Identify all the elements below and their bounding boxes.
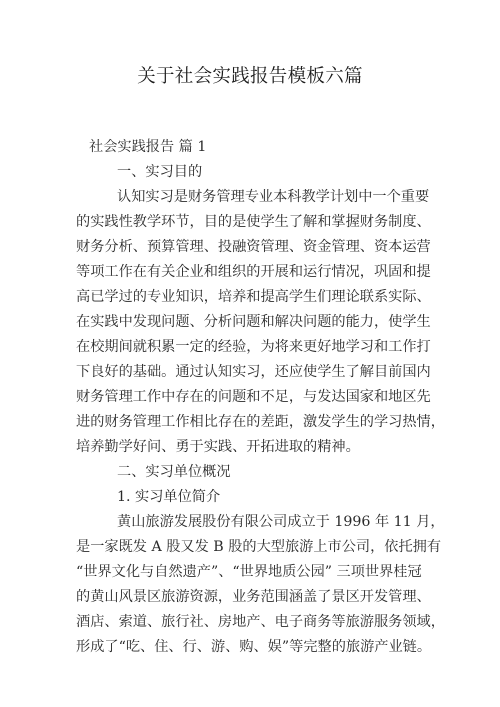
paragraph-line: 在校期间就积累一定的经验，为将来更好地学习和工作打: [76, 337, 431, 357]
document-page: 关于社会实践报告模板六篇 社会实践报告 篇 1 一、实习目的 认知实习是财务管理…: [0, 0, 500, 707]
paragraph-line: “世界文化与自然遗产”、“世界地质公园” 三项世界桂冠: [76, 562, 422, 582]
document-title: 关于社会实践报告模板六篇: [0, 62, 500, 88]
paragraph-line: 进的财务管理工作相比存在的差距，激发学生的学习热情，: [76, 412, 445, 432]
paragraph-line: 的黄山风景区旅游资源，业务范围涵盖了景区开发管理、: [76, 587, 431, 607]
paragraph-line: 高已学过的专业知识，培养和提高学生们理论联系实际、: [76, 287, 431, 307]
paragraph-line: 等项工作在有关企业和组织的开展和运行情况，巩固和提: [76, 262, 431, 282]
paragraph-line: 酒店、索道、旅行社、房地产、电子商务等旅游服务领域，: [76, 612, 445, 632]
paragraph-line: 在实践中发现问题、分析问题和解决问题的能力，使学生: [76, 312, 431, 332]
paragraph-line: 培养勤学好问、勇于实践、开拓进取的精神。: [76, 437, 360, 457]
paragraph-line: 黄山旅游发展股份有限公司成立于 1996 年 11 月，: [117, 512, 445, 532]
paragraph-line: 形成了“吃、住、行、游、购、娱”等完整的旅游产业链。: [76, 637, 431, 657]
paragraph-line: 财务管理工作中存在的问题和不足，与发达国家和地区先: [76, 387, 431, 407]
paragraph-line: 是一家既发 A 股又发 B 股的大型旅游上市公司，依托拥有: [76, 537, 441, 557]
paragraph-line: 下良好的基础。通过认知实习，还应使学生了解目前国内: [76, 362, 431, 382]
paragraph-line: 认知实习是财务管理专业本科教学计划中一个重要: [117, 187, 429, 207]
paragraph-line: 的实践性教学环节，目的是使学生了解和掌握财务制度、: [76, 212, 431, 232]
heading-internship-purpose: 一、实习目的: [117, 162, 202, 182]
heading-unit-introduction: 1. 实习单位简介: [117, 487, 220, 507]
paragraph-line: 财务分析、预算管理、投融资管理、资金管理、资本运营: [76, 237, 431, 257]
section-title: 社会实践报告 篇 1: [89, 137, 206, 157]
heading-internship-unit-overview: 二、实习单位概况: [117, 462, 231, 482]
